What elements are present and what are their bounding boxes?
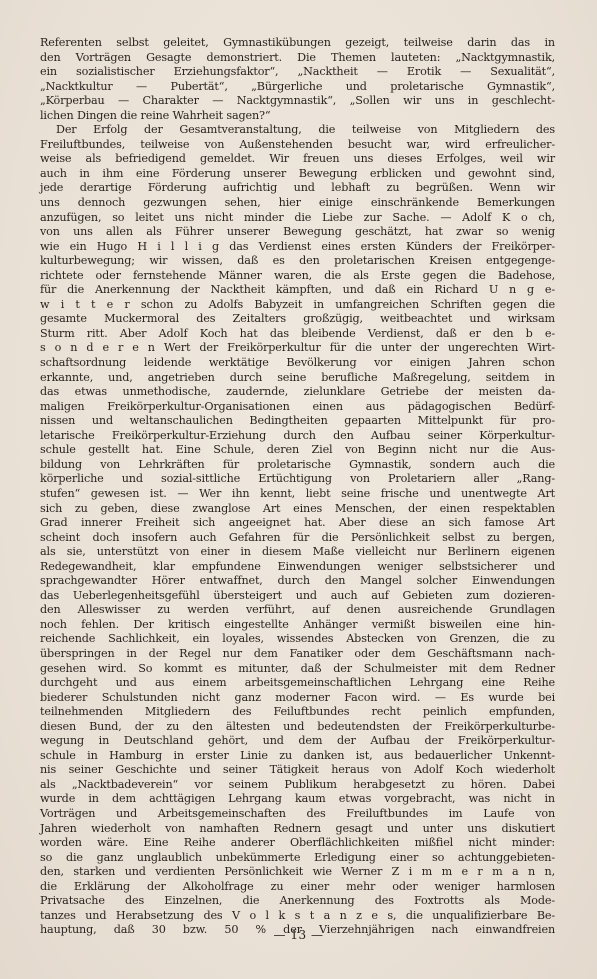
text-line: Jahren wiederholt von namhaften Rednern … xyxy=(40,822,555,837)
text-line: sich zu geben, diese zwanglose Art eines… xyxy=(40,502,555,517)
text-line: maligen Freikörperkultur-Organisationen … xyxy=(40,400,555,415)
text-line: worden wäre. Eine Reihe anderer Oberfläc… xyxy=(40,836,555,851)
text-line: kulturbewegung; wir wissen, daß es den p… xyxy=(40,254,555,269)
text-line: sprachgewandter Hörer entwaffnet, durch … xyxy=(40,574,555,589)
text-line: schule gestellt hat. Eine Schule, deren … xyxy=(40,443,555,458)
text-line: den, starken und verdienten Persönlichke… xyxy=(40,865,555,880)
text-line: das etwas unmethodische, zaudernde, ziel… xyxy=(40,385,555,400)
text-line: uns dennoch gezwungen sehen, hier einige… xyxy=(40,196,555,211)
text-line: als sie, unterstützt von einer in diesem… xyxy=(40,545,555,560)
text-line: Vorträgen und Arbeitsgemeinschaften des … xyxy=(40,807,555,822)
text-line: tanzes und Herabsetzung des V o l k s t … xyxy=(40,909,555,924)
text-line: Freiluftbundes, teilweise von Außenstehe… xyxy=(40,138,555,153)
text-line: die Erklärung der Alkoholfrage zu einer … xyxy=(40,880,555,895)
text-line: erkannte, und, angetrieben durch seine b… xyxy=(40,371,555,386)
text-line: so die ganz unglaublich unbekümmerte Erl… xyxy=(40,851,555,866)
text-line: gesehen wird. So kommt es mitunter, daß … xyxy=(40,662,555,677)
text-line: Referenten selbst geleitet, Gymnastikübu… xyxy=(40,36,555,51)
text-line: schaftsordnung leidende werktätige Bevöl… xyxy=(40,356,555,371)
text-line: nis seiner Geschichte und seiner Tätigke… xyxy=(40,763,555,778)
text-line: Redegewandheit, klar empfundene Einwendu… xyxy=(40,560,555,575)
text-line: scheint doch insofern auch Gefahren für … xyxy=(40,531,555,546)
document-page: Referenten selbst geleitet, Gymnastikübu… xyxy=(0,0,597,979)
text-line: den Vorträgen Gesagte demonstriert. Die … xyxy=(40,51,555,66)
text-line: letarische Freikörperkultur-Erziehung du… xyxy=(40,429,555,444)
text-line: körperliche und sozial-sittliche Ertücht… xyxy=(40,472,555,487)
text-line: reichende Sachlichkeit, ein loyales, wis… xyxy=(40,632,555,647)
text-line: für die Anerkennung der Nacktheit kämpft… xyxy=(40,283,555,298)
text-line: als „Nacktbadeverein“ vor seinem Publiku… xyxy=(40,778,555,793)
text-line: Privatsache des Einzelnen, die Anerkennu… xyxy=(40,894,555,909)
text-line: bildung von Lehrkräften für proletarisch… xyxy=(40,458,555,473)
text-line: Sturm ritt. Aber Adolf Koch hat das blei… xyxy=(40,327,555,342)
text-line: nissen und weltanschaulichen Bedingtheit… xyxy=(40,414,555,429)
text-line: weise als befriedigend gemeldet. Wir fre… xyxy=(40,152,555,167)
text-line: von uns allen als Führer unserer Bewegun… xyxy=(40,225,555,240)
text-line: wegung in Deutschland gehört, und dem de… xyxy=(40,734,555,749)
text-line: stufen“ gewesen ist. — Wer ihn kennt, li… xyxy=(40,487,555,502)
page-number: — 13 — xyxy=(0,928,597,942)
text-line: Der Erfolg der Gesamtveranstaltung, die … xyxy=(40,123,555,138)
text-line: das Ueberlegenheitsgefühl übersteigert u… xyxy=(40,589,555,604)
text-line: s o n d e r e n Wert der Freikörperkultu… xyxy=(40,341,555,356)
text-line: auch in ihm eine Förderung unserer Beweg… xyxy=(40,167,555,182)
text-line: den Alleswisser zu werden verführt, auf … xyxy=(40,603,555,618)
text-line: biederer Schulstunden nicht ganz moderne… xyxy=(40,691,555,706)
paragraph: Referenten selbst geleitet, Gymnastikübu… xyxy=(40,36,555,123)
text-line: Grad innerer Freiheit sich angeeignet ha… xyxy=(40,516,555,531)
text-line: noch fehlen. Der kritisch eingestellte A… xyxy=(40,618,555,633)
text-line: „Körperbau — Charakter — Nacktgymnastik“… xyxy=(40,94,555,109)
text-line: ein sozialistischer Erziehungsfaktor“, „… xyxy=(40,65,555,80)
text-line: schule in Hamburg in erster Linie zu dan… xyxy=(40,749,555,764)
text-line: jede derartige Förderung aufrichtig und … xyxy=(40,181,555,196)
text-line: w i t t e r schon zu Adolfs Babyzeit in … xyxy=(40,298,555,313)
text-line: richtete oder fernstehende Männer waren,… xyxy=(40,269,555,284)
body-text: Referenten selbst geleitet, Gymnastikübu… xyxy=(40,36,555,938)
text-line: durchgeht und aus einem arbeitsgemeinsch… xyxy=(40,676,555,691)
text-line: überspringen in der Regel nur dem Fanati… xyxy=(40,647,555,662)
text-line: anzufügen, so leitet uns nicht minder di… xyxy=(40,211,555,226)
paragraph: Der Erfolg der Gesamtveranstaltung, die … xyxy=(40,123,555,938)
text-line: wurde in dem achttägigen Lehrgang kaum e… xyxy=(40,792,555,807)
text-line: „Nacktkultur — Pubertät“, „Bürgerliche u… xyxy=(40,80,555,95)
text-line: diesen Bund, der zu den ältesten und bed… xyxy=(40,720,555,735)
text-line: lichen Dingen die reine Wahrheit sagen?“ xyxy=(40,109,555,124)
text-line: gesamte Muckermoral des Zeitalters großz… xyxy=(40,312,555,327)
text-line: teilnehmenden Mitgliedern des Feiluftbun… xyxy=(40,705,555,720)
text-line: wie ein Hugo H i l l i g das Verdienst e… xyxy=(40,240,555,255)
